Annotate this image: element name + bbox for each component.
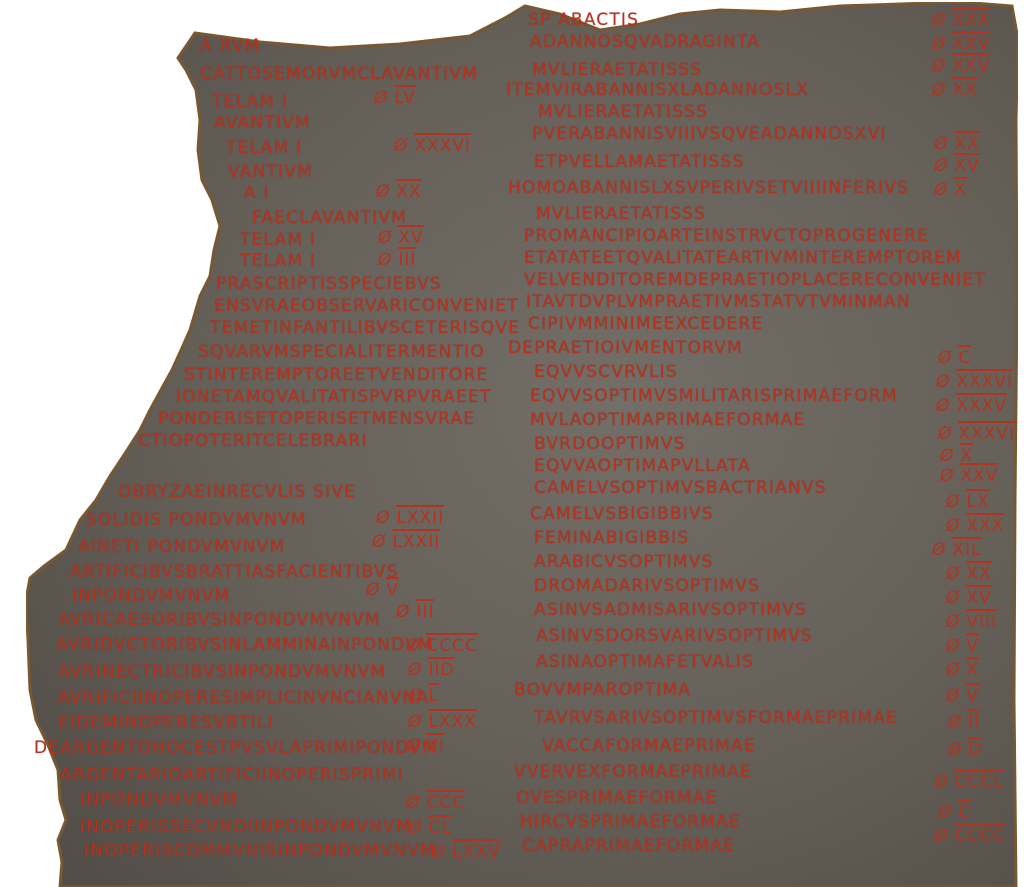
- price-value: LXXII: [392, 529, 440, 552]
- price-entry: ØD: [948, 740, 982, 760]
- price-value: X: [954, 177, 967, 200]
- inscription-line: HOMOABANNISLXSVPERIVSETVIIIINFERIVS: [508, 178, 909, 198]
- inscription-line: CAMELVSOPTIMVSBACTRIANVS: [534, 478, 827, 498]
- price-value: D: [968, 737, 982, 760]
- price-value: LV: [394, 85, 415, 108]
- price-entry: ØLXXII: [376, 508, 444, 528]
- price-value: CL: [428, 815, 451, 838]
- inscription-line: CIPIVMMINIMEEXCEDERE: [528, 314, 763, 334]
- price-entry: ØLXXX: [408, 712, 477, 732]
- denarius-symbol-icon: Ø: [934, 134, 948, 154]
- price-entry: ØVI: [406, 736, 445, 756]
- price-entry: ØXX: [934, 134, 980, 154]
- price-entry: ØL: [408, 686, 439, 706]
- price-value: V: [386, 577, 399, 600]
- price-value: XXXVI: [958, 421, 1015, 444]
- denarius-symbol-icon: Ø: [946, 660, 960, 680]
- price-entry: ØXXV: [932, 34, 990, 54]
- denarius-symbol-icon: Ø: [408, 660, 422, 680]
- price-entry: ØC: [938, 802, 971, 822]
- price-entry: ØCCCC: [934, 826, 1006, 846]
- price-entry: ØV: [946, 686, 979, 706]
- price-value: XXXV: [956, 393, 1007, 416]
- denarius-symbol-icon: Ø: [940, 466, 954, 486]
- price-value: XX: [954, 131, 979, 154]
- inscription-line: SQVARVMSPECIALITERMENTIO: [198, 342, 485, 362]
- price-value: LXXX: [428, 709, 476, 732]
- price-value: XXXVI: [956, 369, 1013, 392]
- denarius-symbol-icon: Ø: [946, 686, 960, 706]
- inscription-line: AVRICAESORIBVSINPONDVMVNVM: [58, 610, 381, 630]
- inscription-line: BOVVMPAROPTIMA: [514, 680, 691, 700]
- inscription-line: TELAM I: [226, 138, 302, 158]
- price-value: X: [966, 657, 979, 680]
- inscription-line: IONETAMQVALITATISPVRPVRAEET: [176, 387, 491, 407]
- price-entry: ØLV: [374, 88, 416, 108]
- price-value: LX: [966, 489, 989, 512]
- inscription-line: CTIOPOTERITCELEBRARI: [138, 431, 368, 451]
- inscription-line: ETPVELLAMAETATISSS: [534, 152, 745, 172]
- price-entry: ØLX: [946, 492, 990, 512]
- inscription-line: TELAM I: [240, 230, 316, 250]
- inscription-line: TELAM I: [240, 251, 316, 271]
- denarius-symbol-icon: Ø: [934, 772, 948, 792]
- inscription-line: VVERVEXFORMAEPRIMAE: [514, 762, 752, 782]
- inscription-line: VELVENDITOREMDEPRAETIOPLACERECONVENIET: [524, 270, 986, 290]
- denarius-symbol-icon: Ø: [932, 80, 946, 100]
- price-value: VI: [426, 733, 445, 756]
- denarius-symbol-icon: Ø: [936, 372, 950, 392]
- inscription-line: ITEMVIRABANNISXLADANNOSLX: [506, 80, 809, 100]
- denarius-symbol-icon: Ø: [932, 56, 946, 76]
- price-entry: ØXXXVI: [938, 424, 1015, 444]
- denarius-symbol-icon: Ø: [946, 492, 960, 512]
- inscription-line: ASINAOPTIMAFETVALIS: [536, 652, 754, 672]
- price-entry: ØXIL: [932, 540, 982, 560]
- denarius-symbol-icon: Ø: [378, 250, 392, 270]
- denarius-symbol-icon: Ø: [394, 136, 408, 156]
- denarius-symbol-icon: Ø: [406, 736, 420, 756]
- inscription-line: CAMELVSBIGIBBIVS: [530, 504, 714, 524]
- denarius-symbol-icon: Ø: [946, 636, 960, 656]
- price-value: CCCC: [954, 823, 1005, 846]
- inscription-line: EIDEMINOPERESVBTILI: [58, 713, 274, 733]
- price-entry: ØIII: [396, 602, 434, 622]
- price-value: XXV: [960, 463, 998, 486]
- price-value: XV: [398, 225, 423, 248]
- inscription-line: BVRDOOPTIMVS: [534, 434, 686, 454]
- price-value: LXXV: [452, 839, 500, 862]
- denarius-symbol-icon: Ø: [936, 396, 950, 416]
- denarius-symbol-icon: Ø: [406, 793, 420, 813]
- price-entry: ØXX: [946, 564, 992, 584]
- inscription-line: A RVM: [200, 36, 260, 56]
- inscription-line: EQVVSOPTIMVSMILITARISPRIMAEFORM: [530, 386, 898, 406]
- price-value: XX: [396, 179, 421, 202]
- inscription-line: STINTEREMPTOREETVENDITORE: [184, 365, 488, 385]
- price-value: CCCC: [426, 633, 477, 656]
- inscription-line: SOLIDIS PONDVMVNVM: [86, 510, 307, 530]
- price-value: XXX: [952, 7, 990, 30]
- denarius-symbol-icon: Ø: [366, 580, 380, 600]
- denarius-symbol-icon: Ø: [938, 802, 952, 822]
- price-value: V: [966, 683, 979, 706]
- inscription-line: MVLIERAETATISSS: [538, 102, 708, 122]
- price-value: XXX: [966, 513, 1004, 536]
- inscription-line: ITAVTDVPLVMPRAETIVMSTATVTVMINMAN: [526, 292, 911, 312]
- denarius-symbol-icon: Ø: [396, 602, 410, 622]
- denarius-symbol-icon: Ø: [376, 508, 390, 528]
- inscription-line: ASINVSDORSVARIVSOPTIMVS: [536, 626, 813, 646]
- denarius-symbol-icon: Ø: [946, 516, 960, 536]
- price-entry: ØC: [938, 348, 971, 368]
- price-value: III: [416, 599, 434, 622]
- inscription-line: PVERABANNISVIIIVSQVEADANNOSXVI: [532, 124, 887, 144]
- denarius-symbol-icon: Ø: [408, 712, 422, 732]
- price-value: XV: [966, 585, 991, 608]
- inscription-line: PONDERISETOPERISETMENSVRAE: [158, 409, 475, 429]
- inscription-line: TAVRVSARIVSOPTIMVSFORMAEPRIMAE: [534, 708, 898, 728]
- denarius-symbol-icon: Ø: [940, 446, 954, 466]
- price-entry: ØXXXVI: [394, 136, 471, 156]
- price-entry: ØCCCC: [406, 636, 478, 656]
- price-entry: ØV: [946, 636, 979, 656]
- price-value: VIII: [966, 609, 997, 632]
- denarius-symbol-icon: Ø: [934, 180, 948, 200]
- inscription-line: DEPRAETIOIVMENTORVM: [508, 338, 743, 358]
- inscription-line: MVLIERAETATISSS: [532, 60, 702, 80]
- inscription-line: MVLAOPTIMAPRIMAEFORMAE: [530, 410, 805, 430]
- denarius-symbol-icon: Ø: [374, 88, 388, 108]
- price-entry: ØX: [934, 180, 967, 200]
- price-entry: ØXXV: [940, 466, 998, 486]
- price-entry: ØXV: [934, 156, 980, 176]
- inscription-line: MVLIERAETATISSS: [536, 204, 706, 224]
- inscription-line: ENSVRAEOBSERVARICONVENIET: [214, 296, 519, 316]
- denarius-symbol-icon: Ø: [408, 686, 422, 706]
- price-value: III: [398, 247, 416, 270]
- price-value: XX: [966, 561, 991, 584]
- price-entry: ØX: [946, 660, 979, 680]
- inscription-line: ASINVSADMISARIVSOPTIMVS: [534, 600, 807, 620]
- denarius-symbol-icon: Ø: [938, 348, 952, 368]
- denarius-symbol-icon: Ø: [408, 818, 422, 838]
- denarius-symbol-icon: Ø: [938, 424, 952, 444]
- price-value: L: [428, 683, 438, 706]
- price-value: XIL: [952, 537, 981, 560]
- inscription-line: ARGENTARIOARTIFICIINOPERISPRIMI: [60, 765, 404, 785]
- price-entry: ØXV: [378, 228, 424, 248]
- denarius-symbol-icon: Ø: [948, 740, 962, 760]
- denarius-symbol-icon: Ø: [948, 712, 962, 732]
- inscription-line: AVRIDVCTORIBVSINLAMMINAINPONDVM: [56, 635, 434, 655]
- denarius-symbol-icon: Ø: [378, 228, 392, 248]
- denarius-symbol-icon: Ø: [946, 564, 960, 584]
- inscription-line: DROMADARIVSOPTIMVS: [534, 576, 760, 596]
- price-entry: ØV: [366, 580, 399, 600]
- inscription-line: CAPRAPRIMAEFORMAE: [522, 836, 735, 856]
- inscription-line: OVESPRIMAEFORMAE: [516, 788, 718, 808]
- price-entry: ØXXV: [932, 56, 990, 76]
- denarius-symbol-icon: Ø: [932, 10, 946, 30]
- denarius-symbol-icon: Ø: [934, 156, 948, 176]
- inscription-line: ADANNOSQVADRAGINTA: [530, 32, 760, 52]
- price-entry: ØXXXV: [936, 396, 1007, 416]
- price-entry: ØLXXII: [372, 532, 440, 552]
- inscription-line: TEMETINFANTILIBVSCETERISQVE: [210, 318, 520, 338]
- denarius-symbol-icon: Ø: [406, 636, 420, 656]
- price-entry: ØXV: [946, 588, 992, 608]
- denarius-symbol-icon: Ø: [934, 826, 948, 846]
- inscription-line: AVRINECTRICIBVSINPONDVMVNVM: [58, 662, 386, 682]
- price-value: IID: [428, 657, 454, 680]
- inscription-line: AINETI PONDVMVNVM: [78, 537, 285, 557]
- price-entry: ØIID: [408, 660, 455, 680]
- inscription-line: CATTOSEMORVMCLAVANTIVM: [200, 64, 478, 84]
- denarius-symbol-icon: Ø: [946, 612, 960, 632]
- price-value: C: [958, 799, 971, 822]
- denarius-symbol-icon: Ø: [932, 34, 946, 54]
- price-entry: ØXXXVI: [936, 372, 1013, 392]
- price-value: LXXII: [396, 505, 444, 528]
- inscription-line: INOPERISCOMMVNISINPONDVMVNVM: [84, 841, 436, 861]
- price-value: V: [966, 633, 979, 656]
- price-value: XX: [952, 77, 977, 100]
- inscription-line: FAECLAVANTIVM: [252, 208, 407, 228]
- inscription-line: VACCAFORMAEPRIMAE: [542, 736, 756, 756]
- inscription-line: INOPERISSECVNDIINPONDVMVNVM: [80, 817, 412, 837]
- inscription-photo: A RVMCATTOSEMORVMCLAVANTIVMTELAM IAVANTI…: [0, 0, 1024, 887]
- inscription-line: DEARGENTOHOCESTPVSVLAPRIMIPONDVM: [34, 738, 438, 758]
- denarius-symbol-icon: Ø: [372, 532, 386, 552]
- price-value: XV: [954, 153, 979, 176]
- inscription-line: FEMINABIGIBBIS: [534, 528, 689, 548]
- inscription-line: VANTIVM: [228, 162, 313, 182]
- inscription-line: INPONDVMVNVM: [72, 586, 230, 606]
- inscription-line: ETATATEETQVALITATEARTIVMINTEREMPTOREM: [524, 248, 962, 268]
- price-value: XXV: [952, 53, 990, 76]
- denarius-symbol-icon: Ø: [932, 540, 946, 560]
- price-entry: ØCL: [408, 818, 452, 838]
- denarius-symbol-icon: Ø: [376, 182, 390, 202]
- price-value: II: [968, 709, 980, 732]
- price-value: XXV: [952, 31, 990, 54]
- inscription-line: PRASCRIPTISSPECIEBVS: [216, 274, 442, 294]
- price-entry: ØCCC: [406, 793, 465, 813]
- inscription-line: SP ABACTIS: [528, 10, 639, 30]
- inscription-line: A I: [244, 183, 270, 203]
- price-entry: ØIII: [378, 250, 416, 270]
- price-value: C: [958, 345, 971, 368]
- inscription-line: ARABICVSOPTIMVS: [534, 552, 713, 572]
- price-entry: ØXX: [376, 182, 422, 202]
- denarius-symbol-icon: Ø: [946, 588, 960, 608]
- price-entry: ØXXX: [932, 10, 990, 30]
- price-entry: ØLXXV: [432, 842, 501, 862]
- price-value: XXXVI: [414, 133, 471, 156]
- price-entry: ØVIII: [946, 612, 997, 632]
- inscription-line: OBRYZAEINRECVLIS SIVE: [118, 482, 356, 502]
- inscription-line: ARTIFICIBVSBRATTIASFACIENTIBVS: [70, 562, 399, 582]
- price-entry: ØCCCL: [934, 772, 1003, 792]
- inscription-line: EQVVAOPTIMAPVLLATA: [534, 456, 751, 476]
- price-entry: ØXX: [932, 80, 978, 100]
- inscription-line: AVRIFICIINOPERESIMPLICINVNCIANVNA: [58, 688, 429, 708]
- denarius-symbol-icon: Ø: [432, 842, 446, 862]
- price-value: CCCL: [954, 769, 1003, 792]
- price-value: CCC: [426, 790, 465, 813]
- inscription-line: INPONDVMVNVM: [80, 790, 238, 810]
- inscription-line: PROMANCIPIOARTEINSTRVCTOPROGENERE: [524, 226, 929, 246]
- price-entry: ØII: [948, 712, 980, 732]
- inscription-line: EQVVSCVRVLIS: [534, 362, 678, 382]
- inscription-line: HIRCVSPRIMAEFORMAE: [520, 812, 741, 832]
- inscription-line: AVANTIVM: [214, 113, 311, 133]
- price-entry: ØXXX: [946, 516, 1004, 536]
- inscription-line: TELAM I: [212, 92, 288, 112]
